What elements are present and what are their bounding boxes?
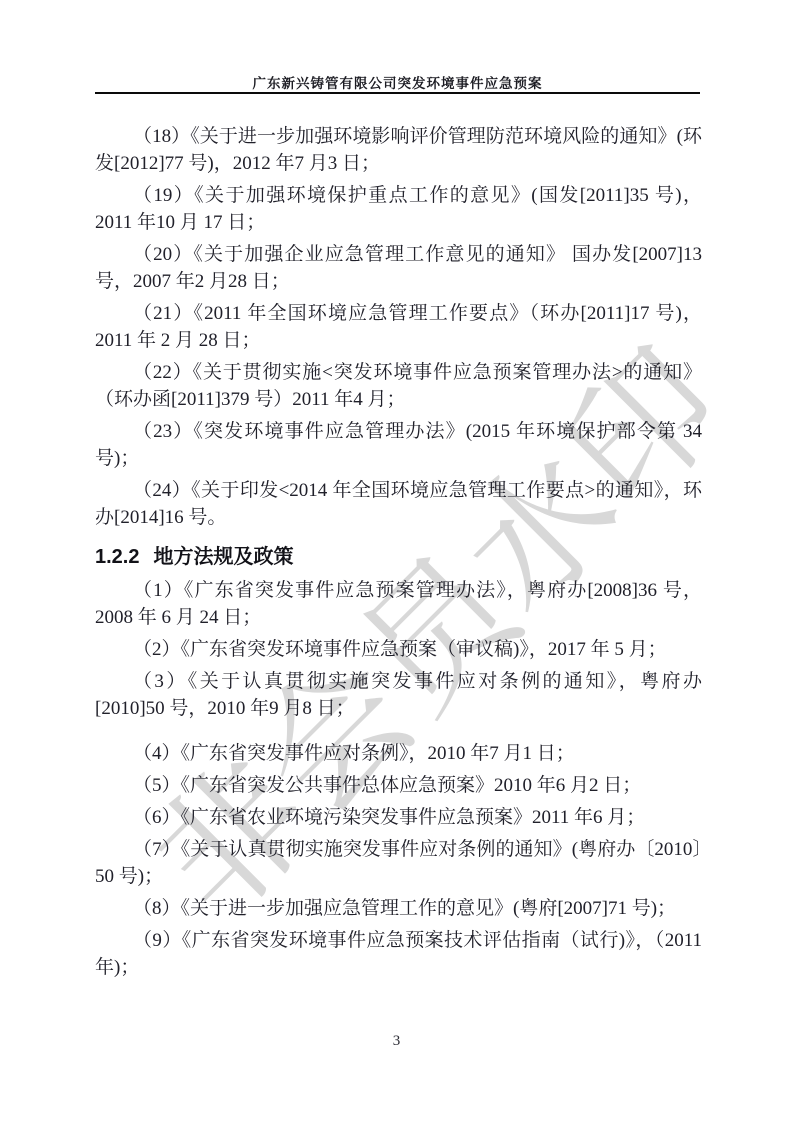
paragraph-item-8: （8）《关于进一步加强应急管理工作的意见》(粤府[2007]71 号)； xyxy=(95,895,702,922)
paragraph-item-18: （18）《关于进一步加强环境影响评价管理防范环境风险的通知》(环发[2012]7… xyxy=(95,123,702,177)
paragraph-item-24: （24）《关于印发<2014 年全国环境应急管理工作要点>的通知》，环办[201… xyxy=(95,477,702,531)
paragraph-item-4: （4）《广东省突发事件应对条例》，2010 年7 月1 日； xyxy=(95,740,702,767)
page-number: 3 xyxy=(393,1033,401,1049)
section-heading-title: 地方法规及政策 xyxy=(153,546,293,568)
header-rule xyxy=(95,92,700,94)
section-heading-number: 1.2.2 xyxy=(95,546,139,568)
page-header: 广东新兴铸管有限公司突发环境事件应急预案 xyxy=(95,72,700,93)
paragraph-item-9: （9）《广东省突发环境事件应急预案技术评估指南（试行)》，（2011 年)； xyxy=(95,927,702,981)
paragraph-item-1: （1）《广东省突发事件应急预案管理办法》，粤府办[2008]36 号，2008 … xyxy=(95,577,702,631)
page-footer: 3 xyxy=(0,1032,793,1050)
paragraph-item-23: （23）《突发环境事件应急管理办法》(2015 年环境保护部令第 34 号)； xyxy=(95,418,702,472)
paragraph-item-21: （21）《2011 年全国环境应急管理工作要点》（环办[2011]17 号)，2… xyxy=(95,300,702,354)
section-heading: 1.2.2地方法规及政策 xyxy=(95,543,702,571)
paragraph-item-22: （22）《关于贯彻实施<突发环境事件应急预案管理办法>的通知》（环办函[2011… xyxy=(95,359,702,413)
paragraph-item-6: （6）《广东省农业环境污染突发事件应急预案》2011 年6 月； xyxy=(95,804,702,831)
document-page: 非会员水印 广东新兴铸管有限公司突发环境事件应急预案 （18）《关于进一步加强环… xyxy=(0,0,793,1122)
header-title: 广东新兴铸管有限公司突发环境事件应急预案 xyxy=(253,76,543,91)
paragraph-item-19: （19）《关于加强环境保护重点工作的意见》(国发[2011]35 号)，2011… xyxy=(95,182,702,236)
paragraph-item-3: （3）《关于认真贯彻实施突发事件应对条例的通知》，粤府办[2010]50 号，2… xyxy=(95,668,702,722)
paragraph-item-20: （20）《关于加强企业应急管理工作意见的通知》 国办发[2007]13 号，20… xyxy=(95,241,702,295)
paragraph-item-2: （2）《广东省突发环境事件应急预案（审议稿)》，2017 年 5 月； xyxy=(95,636,702,663)
paragraph-item-5: （5）《广东省突发公共事件总体应急预案》2010 年6 月2 日； xyxy=(95,772,702,799)
paragraph-item-7: （7）《关于认真贯彻实施突发事件应对条例的通知》(粤府办〔2010〕50 号)； xyxy=(95,836,702,890)
document-body: （18）《关于进一步加强环境影响评价管理防范环境风险的通知》(环发[2012]7… xyxy=(95,118,702,981)
